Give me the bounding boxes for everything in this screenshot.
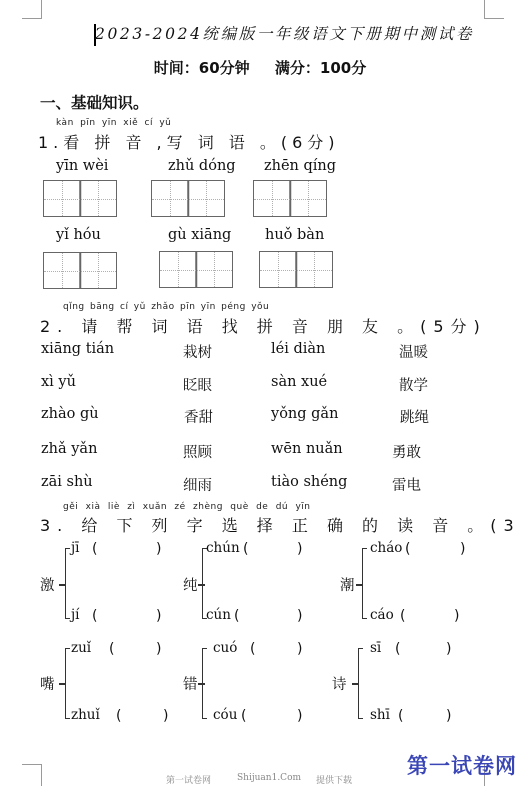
q3-char: 纯 (183, 574, 198, 595)
answer-paren-close: ) (156, 541, 161, 557)
q1-pinyin-5: gù xiāng (168, 227, 231, 243)
page-corner-top-left (41, 0, 42, 18)
writing-grid-1[interactable] (43, 180, 117, 217)
page-corner-bottom-left-h (22, 764, 42, 765)
q2-word-right: 雷电 (392, 474, 421, 495)
footer-site-cn: 第一试卷网 (166, 773, 211, 786)
q2-word-left: 栽树 (183, 341, 212, 362)
section-title: 一、基础知识。 (40, 91, 149, 113)
answer-paren-open: ( (234, 608, 239, 624)
answer-paren-open: ( (92, 541, 97, 557)
q3-option-bottom: jí (71, 607, 80, 623)
q1-pinyin-6: huǒ bàn (265, 227, 324, 243)
q2-word-right: 跳绳 (400, 406, 429, 427)
q2-word-left: 眨眼 (183, 374, 212, 395)
answer-paren-open: ( (92, 608, 97, 624)
answer-paren-close: ) (446, 708, 451, 724)
q3-option-top: jī (71, 540, 80, 556)
q2-pinyin-left: xì yǔ (41, 374, 76, 390)
q2-pinyin-right: léi diàn (271, 341, 325, 357)
q3-option-top: cháo (370, 540, 402, 556)
q3-option-bottom: cáo (370, 607, 394, 623)
bracket (358, 648, 363, 719)
q1-pinyin-3: zhēn qíng (264, 158, 336, 174)
q3-char: 激 (40, 574, 55, 595)
q3-char: 嘴 (40, 673, 55, 694)
answer-paren-close: ) (454, 608, 459, 624)
answer-paren-close: ) (156, 641, 161, 657)
bracket (65, 648, 70, 719)
q2-word-left: 细雨 (183, 474, 212, 495)
footer-site-en: Shijuan1.Com (237, 773, 301, 783)
answer-paren-close: ) (156, 608, 161, 624)
q2-word-left: 香甜 (184, 406, 213, 427)
q1-pinyin-1: yīn wèi (56, 158, 108, 174)
q3-option-top: chún (206, 540, 240, 556)
q2-word-left: 照顾 (183, 441, 212, 462)
q3-option-bottom: shī (370, 707, 390, 723)
answer-paren-open: ( (109, 641, 114, 657)
writing-grid-2[interactable] (151, 180, 225, 217)
q3-ruby: gěi xià liè zì xuǎn zé zhèng què de dú y… (63, 502, 311, 512)
q2-pinyin-right: sàn xué (271, 374, 327, 390)
q3-option-top: cuó (213, 640, 237, 656)
writing-grid-3[interactable] (253, 180, 327, 217)
answer-paren-open: ( (400, 608, 405, 624)
q1-heading: 1.看 拼 音 ,写 词 语 。(6分) (38, 130, 340, 153)
q2-word-right: 温暖 (399, 341, 428, 362)
bracket (202, 648, 207, 719)
page-corner-top-left-h (22, 18, 42, 19)
q3-char: 错 (183, 673, 198, 694)
q3-option-bottom: cún (206, 607, 231, 623)
answer-paren-open: ( (395, 641, 400, 657)
q2-pinyin-left: zhǎ yǎn (41, 441, 97, 457)
page-corner-bottom-left (41, 764, 42, 786)
page-corner-top-right (484, 0, 485, 18)
q2-pinyin-left: zhào gù (41, 406, 99, 422)
answer-paren-open: ( (405, 541, 410, 557)
bracket (65, 548, 70, 619)
answer-paren-close: ) (163, 708, 168, 724)
answer-paren-open: ( (398, 708, 403, 724)
q3-option-bottom: cóu (213, 707, 237, 723)
answer-paren-close: ) (297, 608, 302, 624)
answer-paren-open: ( (243, 541, 248, 557)
q2-pinyin-right: yǒng gǎn (271, 406, 338, 422)
time-label: 时间：60分钟 (154, 59, 250, 77)
q3-heading: 3. 给 下 列 字 选 择 正 确 的 读 音 。(3分) (40, 513, 520, 536)
q2-pinyin-left: zāi shù (41, 474, 93, 490)
q3-char: 诗 (332, 673, 347, 694)
document-title: 2023-2024统编版一年级语文下册期中测试卷 (95, 22, 474, 44)
q2-ruby: qǐng bāng cí yǔ zhǎo pīn yīn péng yǒu (63, 302, 269, 312)
writing-grid-6[interactable] (259, 251, 333, 288)
q2-word-right: 勇敢 (392, 441, 421, 462)
answer-paren-close: ) (297, 708, 302, 724)
q3-char: 潮 (340, 574, 355, 595)
footer-download: 提供下载 (316, 773, 352, 786)
q1-pinyin-4: yǐ hóu (56, 227, 101, 243)
answer-paren-close: ) (297, 641, 302, 657)
q2-pinyin-right: tiào shéng (271, 474, 347, 490)
bracket (362, 548, 367, 619)
brand-watermark: 第一试卷网 (407, 750, 517, 780)
exam-info: 时间：60分钟 满分：100分 (0, 57, 520, 78)
writing-grid-5[interactable] (159, 251, 233, 288)
answer-paren-open: ( (250, 641, 255, 657)
answer-paren-open: ( (241, 708, 246, 724)
q2-pinyin-right: wēn nuǎn (271, 441, 343, 457)
answer-paren-close: ) (446, 641, 451, 657)
q2-word-right: 散学 (399, 374, 428, 395)
page-corner-top-right-h (484, 18, 504, 19)
q3-option-top: zuǐ (71, 640, 91, 656)
answer-paren-open: ( (116, 708, 121, 724)
q1-pinyin-2: zhǔ dóng (168, 158, 236, 174)
q2-pinyin-left: xiāng tián (41, 341, 114, 357)
writing-grid-4[interactable] (43, 252, 117, 289)
score-label: 满分：100分 (275, 59, 366, 77)
q3-option-bottom: zhuǐ (71, 707, 100, 723)
q1-ruby: kàn pīn yīn xiě cí yǔ (56, 118, 171, 128)
q3-option-top: sī (370, 640, 381, 656)
answer-paren-close: ) (297, 541, 302, 557)
q2-heading: 2. 请 帮 词 语 找 拼 音 朋 友 。(5分) (40, 314, 487, 337)
answer-paren-close: ) (460, 541, 465, 557)
